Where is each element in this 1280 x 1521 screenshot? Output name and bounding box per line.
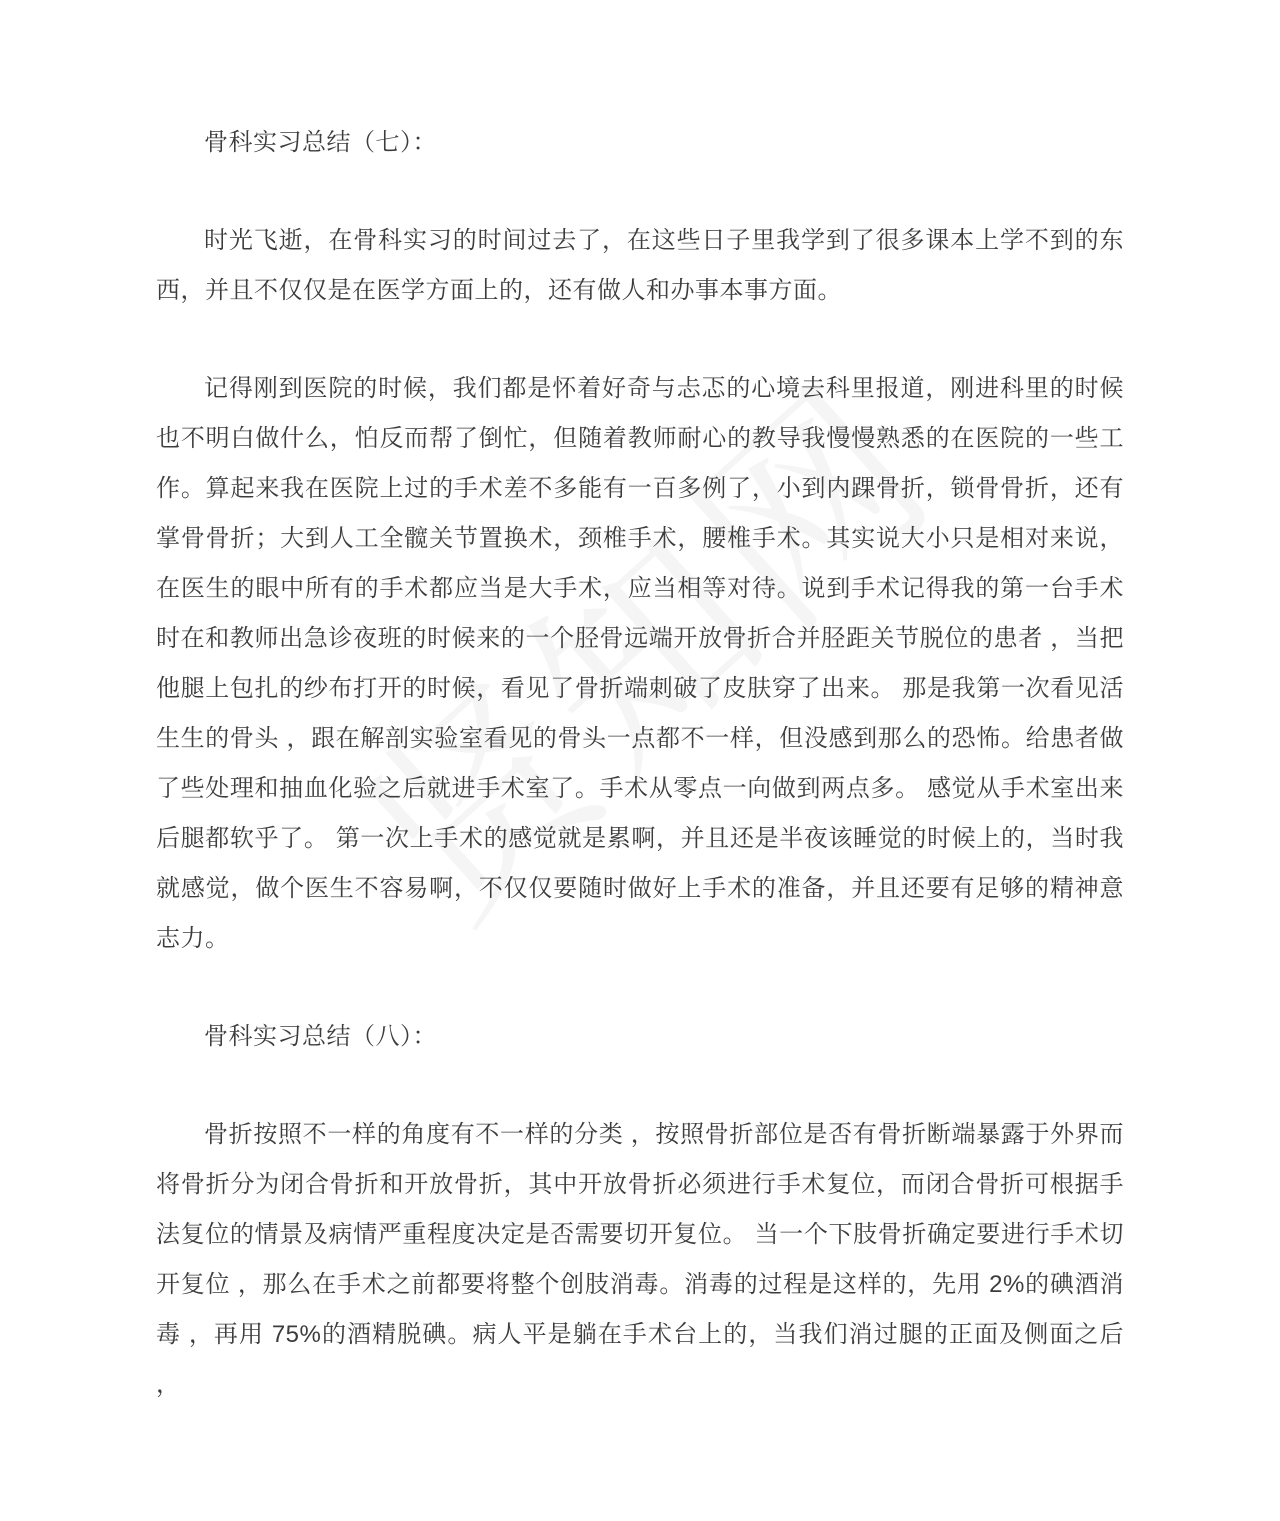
document-page: 骨科实习总结（七）： 时光飞逝，在骨科实习的时间过去了，在这些日子里我学到了很多… xyxy=(0,0,1280,1521)
paragraph-body-seven: 记得刚到医院的时候，我们都是怀着好奇与忐忑的心境去科里报道，刚进科里的时候也不明… xyxy=(156,364,1124,964)
section-heading-eight: 骨科实习总结（八）： xyxy=(156,1012,1124,1062)
paragraph-body-eight: 骨折按照不一样的角度有不一样的分类 ，按照骨折部位是否有骨折断端暴露于外界而将骨… xyxy=(156,1110,1124,1410)
paragraph-intro-seven: 时光飞逝，在骨科实习的时间过去了，在这些日子里我学到了很多课本上学不到的东西，并… xyxy=(156,216,1124,316)
section-heading-seven: 骨科实习总结（七）： xyxy=(156,118,1124,168)
